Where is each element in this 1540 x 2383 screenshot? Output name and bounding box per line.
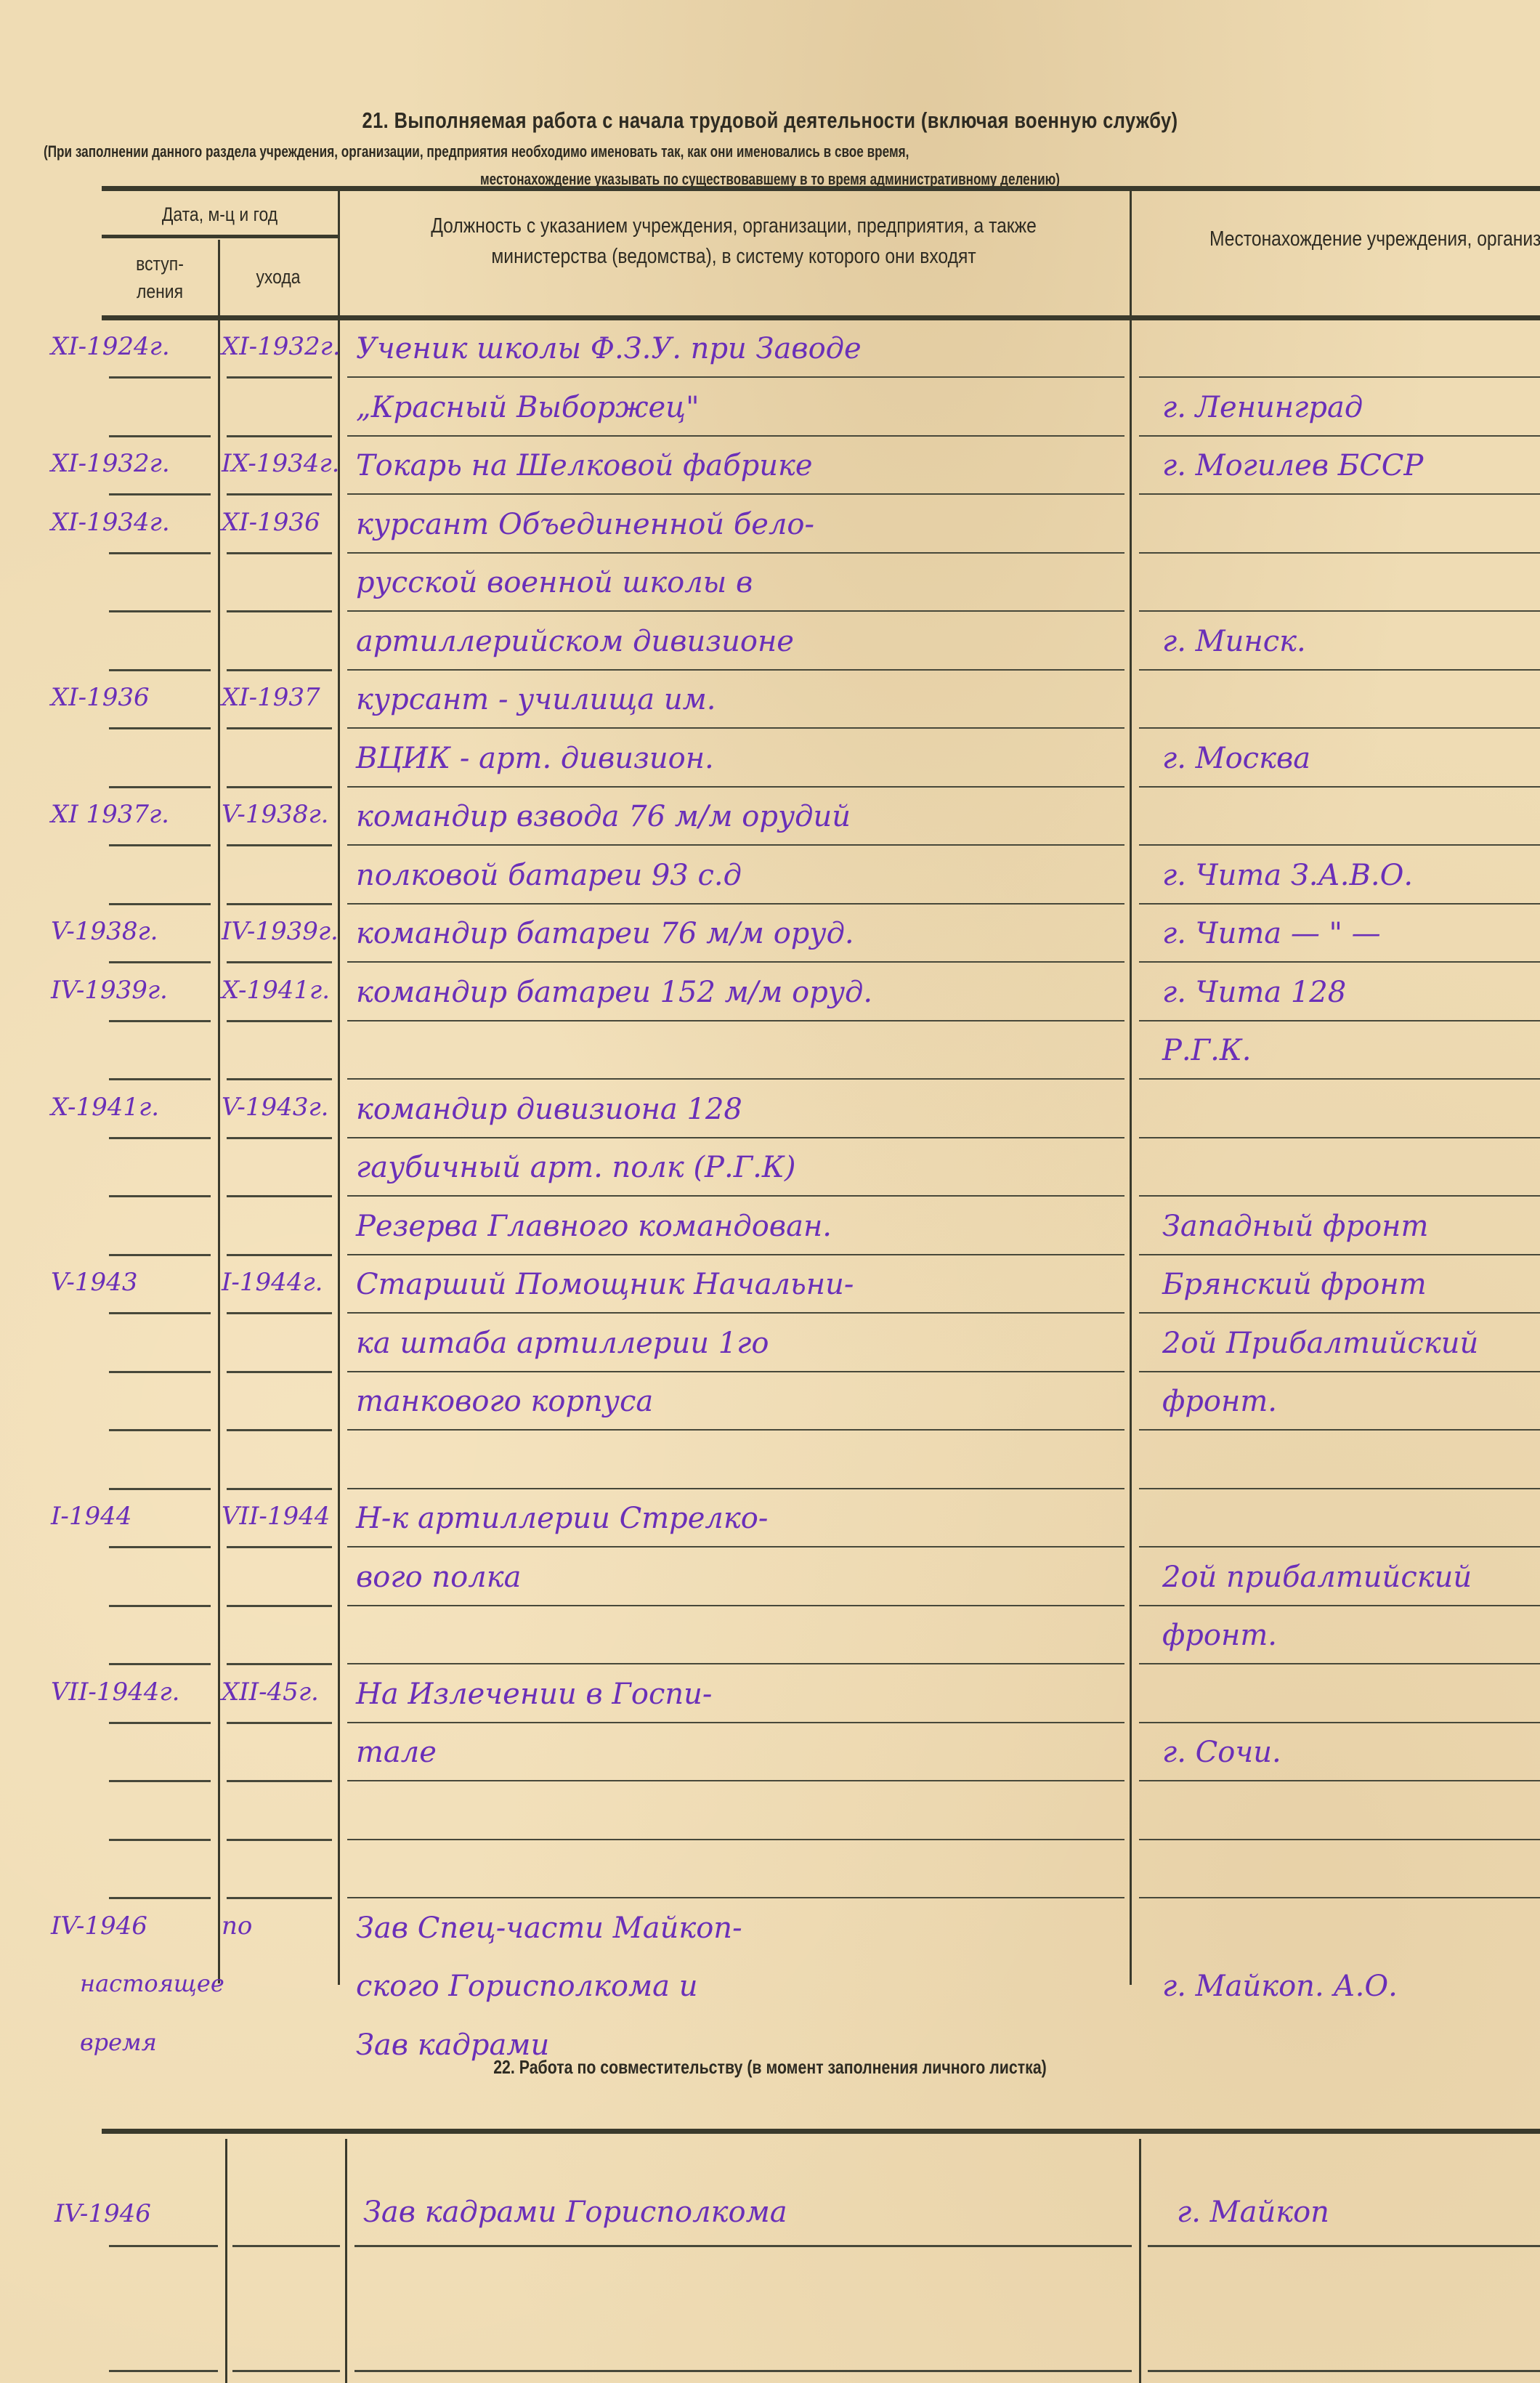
entry-position-line: ВЦИК - арт. дивизион. (356, 744, 714, 773)
entry-location-line: г. Майкоп. А.О. (1162, 1972, 1398, 2001)
entry-location-line: 2ой прибалтийский (1162, 1563, 1472, 1592)
section-22-title: 22. Работа по совместительству (в момент… (139, 2056, 1401, 2079)
ruled-line (347, 1312, 1124, 1314)
entry-location-line: г. Сочи. (1162, 1738, 1281, 1767)
section-22-top-rule (102, 2129, 1540, 2134)
ruled-line (109, 1780, 211, 1782)
ruled-line (109, 1254, 211, 1256)
ruled-line (1139, 376, 1540, 378)
ruled-line (1148, 2245, 1540, 2247)
ruled-line (109, 1312, 211, 1314)
entry-start-date: IV-1939г. (51, 978, 168, 1003)
ruled-line (227, 1371, 332, 1373)
entry-position-line: русской военной школы в (356, 568, 753, 597)
entry-start-date: V-1943 (51, 1270, 137, 1295)
ruled-line (347, 1371, 1124, 1372)
entry-end-date: XII-45г. (222, 1680, 319, 1704)
entry-position-line: Токарь на Шелковой фабрике (356, 451, 813, 480)
entry-position-line: ского Горисполкома и (356, 1972, 698, 2001)
entry-start-date: XI-1934г. (51, 510, 170, 535)
entry-location-line: фронт. (1162, 1387, 1277, 1416)
entry-end-date-cont: время (80, 2031, 157, 2054)
entry-position-line: На Излечении в Госпи- (356, 1680, 712, 1709)
entry-location-line: г. Москва (1162, 744, 1310, 773)
ruled-line (347, 1546, 1124, 1547)
ruled-line (1139, 1663, 1540, 1664)
ruled-line (227, 1195, 332, 1197)
ruled-line (354, 2245, 1132, 2247)
entry-start-date: XI-1932г. (51, 451, 170, 476)
ruled-line (347, 1195, 1124, 1197)
entry-start-date: VII-1944г. (51, 1680, 179, 1704)
ruled-line (1139, 435, 1540, 437)
ruled-line (347, 786, 1124, 788)
ruled-line (227, 1020, 332, 1022)
entry-position-line: командир дивизиона 128 (356, 1095, 742, 1124)
ruled-line (109, 727, 211, 729)
ruled-line (347, 552, 1124, 554)
header-bottom-rule (102, 315, 1540, 320)
ruled-line (109, 2370, 218, 2372)
ruled-line (109, 1722, 211, 1724)
ruled-line (227, 376, 332, 379)
ruled-line (227, 1137, 332, 1139)
ruled-line (1139, 552, 1540, 554)
entry-location-line: фронт. (1162, 1621, 1277, 1650)
ruled-line (1139, 1488, 1540, 1489)
ruled-line (1139, 903, 1540, 905)
ruled-line (227, 552, 332, 554)
ruled-line (109, 669, 211, 671)
ruled-line (347, 376, 1124, 378)
ruled-line (227, 1897, 332, 1899)
ruled-line (227, 669, 332, 671)
ruled-line (347, 903, 1124, 905)
ruled-line (347, 1429, 1124, 1431)
entry-end-date: I-1944г. (222, 1270, 323, 1295)
entry-location-line: г. Могилев БССР (1162, 451, 1423, 480)
ruled-line (1139, 1371, 1540, 1372)
ruled-line (347, 1839, 1124, 1840)
ruled-line (109, 2245, 218, 2247)
ruled-line (1139, 1312, 1540, 1314)
ruled-line (227, 1722, 332, 1724)
ruled-line (1139, 727, 1540, 729)
col-divider-position-location (1130, 190, 1132, 1985)
s22-start-date: IV-1946 (54, 2201, 151, 2226)
ruled-line (227, 1312, 332, 1314)
s22-location: г. Майкоп (1177, 2198, 1329, 2227)
entry-position-line: Ученик школы Ф.З.У. при Заводе (356, 334, 862, 363)
ruled-line (1139, 1722, 1540, 1723)
ruled-line (1148, 2370, 1540, 2372)
entry-position-line: артиллерийском дивизионе (356, 627, 794, 656)
entry-end-date-cont: настоящее (80, 1972, 224, 1995)
header-location: Местонахождение учреждения, организации,… (1209, 218, 1540, 260)
ruled-line (109, 1078, 211, 1080)
ruled-line (1139, 961, 1540, 963)
entry-start-date: IV-1946 (51, 1914, 147, 1938)
ruled-line (109, 844, 211, 846)
ruled-line (109, 786, 211, 788)
ruled-line (1139, 786, 1540, 788)
ruled-line (1139, 1020, 1540, 1021)
entry-location-line: г. Минск. (1162, 627, 1306, 656)
ruled-line (109, 1897, 211, 1899)
entry-end-date: X-1941г. (222, 978, 330, 1003)
entry-position-line: Зав Спец-части Майкоп- (356, 1914, 742, 1943)
ruled-line (1139, 669, 1540, 671)
ruled-line (1139, 1897, 1540, 1898)
ruled-line (347, 1137, 1124, 1138)
entry-location-line: Западный фронт (1162, 1212, 1428, 1241)
entry-end-date: V-1943г. (222, 1095, 328, 1120)
entry-position-line: Старший Помощник Начальни- (356, 1270, 854, 1299)
entry-position-line: вого полка (356, 1563, 521, 1592)
ruled-line (227, 435, 332, 437)
entry-position-line: командир взвода 76 м/м орудий (356, 802, 851, 831)
ruled-line (109, 1546, 211, 1548)
ruled-line (347, 1722, 1124, 1723)
ruled-line (227, 727, 332, 729)
section-21-title: 21. Выполняемая работа с начала трудовой… (139, 108, 1401, 134)
ruled-line (347, 1488, 1124, 1489)
ruled-line (227, 1488, 332, 1490)
ruled-line (347, 1254, 1124, 1255)
ruled-line (109, 493, 211, 495)
ruled-line (227, 610, 332, 612)
ruled-line (1139, 844, 1540, 846)
ruled-line (1139, 493, 1540, 495)
ruled-line (227, 903, 332, 905)
ruled-line (109, 1137, 211, 1139)
entry-end-date: IX-1934г. (222, 451, 339, 476)
ruled-line (227, 1663, 332, 1665)
entry-end-date: XI-1932г. (222, 334, 341, 359)
entry-start-date: V-1938г. (51, 919, 158, 944)
header-top-rule (102, 186, 1540, 191)
ruled-line (109, 1488, 211, 1490)
entry-start-date: X-1941г. (51, 1095, 159, 1120)
entry-start-date: XI-1924г. (51, 334, 170, 359)
ruled-line (227, 844, 332, 846)
ruled-line (227, 961, 332, 963)
ruled-line (347, 1663, 1124, 1664)
ruled-line (347, 844, 1124, 846)
ruled-line (232, 2370, 340, 2372)
ruled-line (227, 493, 332, 495)
ruled-line (109, 610, 211, 612)
entry-location-line: г. Ленинград (1162, 393, 1363, 422)
entry-position-line: Резерва Главного командован. (356, 1212, 832, 1241)
entry-position-line: гаубичный арт. полк (Р.Г.К) (356, 1153, 795, 1182)
entry-location-line: Р.Г.К. (1162, 1036, 1252, 1065)
entry-position-line: полковой батареи 93 с.д (356, 861, 742, 890)
ruled-line (347, 610, 1124, 612)
ruled-line (347, 1078, 1124, 1080)
entry-position-line: Зав кадрами (356, 2031, 549, 2060)
entry-start-date: XI 1937г. (51, 802, 169, 827)
ruled-line (1139, 1078, 1540, 1080)
entry-position-line: тале (356, 1738, 437, 1767)
ruled-line (347, 435, 1124, 437)
ruled-line (354, 2370, 1132, 2372)
ruled-line (347, 669, 1124, 671)
ruled-line (347, 493, 1124, 495)
ruled-line (109, 1429, 211, 1431)
entry-end-date: по (222, 1914, 252, 1938)
header-position: Должность с указанием учреждения, органи… (413, 211, 1055, 272)
ruled-line (109, 1195, 211, 1197)
ruled-line (227, 786, 332, 788)
ruled-line (109, 1839, 211, 1841)
ruled-line (1139, 1839, 1540, 1840)
entry-end-date: V-1938г. (222, 802, 328, 827)
ruled-line (227, 1605, 332, 1607)
ruled-line (347, 1897, 1124, 1898)
section-21-note-line1: (При заполнении данного раздела учрежден… (44, 142, 909, 161)
ruled-line (109, 961, 211, 963)
entry-location-line: г. Чита — " — (1162, 919, 1381, 948)
ruled-line (1139, 1254, 1540, 1255)
entry-end-date: IV-1939г. (222, 919, 339, 944)
ruled-line (109, 1663, 211, 1665)
ruled-line (227, 1078, 332, 1080)
entry-end-date: XI-1936 (222, 510, 320, 535)
entry-start-date: XI-1936 (51, 685, 150, 710)
entry-position-line: курсант - училища им. (356, 685, 716, 714)
entry-location-line: г. Чита З.А.В.О. (1162, 861, 1413, 890)
ruled-line (347, 727, 1124, 729)
entry-end-date: VII-1944 (222, 1504, 330, 1529)
s22-col-divider-start-end (225, 2139, 227, 2383)
ruled-line (227, 1254, 332, 1256)
entry-position-line: танкового корпуса (356, 1387, 653, 1416)
s22-col-divider-position-location (1139, 2139, 1141, 2383)
ruled-line (109, 435, 211, 437)
ruled-line (1139, 1195, 1540, 1197)
entry-position-line: курсант Объединенной бело- (356, 510, 814, 539)
ruled-line (1139, 1137, 1540, 1138)
ruled-line (347, 1780, 1124, 1781)
s22-position: Зав кадрами Горисполкома (363, 2198, 787, 2227)
ruled-line (1139, 1546, 1540, 1547)
entry-location-line: Брянский фронт (1162, 1270, 1427, 1299)
ruled-line (227, 1780, 332, 1782)
col-divider-start-end (218, 240, 220, 1983)
entry-position-line: командир батареи 152 м/м оруд. (356, 978, 872, 1007)
ruled-line (109, 903, 211, 905)
header-start: вступ- ления (110, 250, 209, 305)
ruled-line (227, 1546, 332, 1548)
ruled-line (1139, 610, 1540, 612)
ruled-line (109, 1020, 211, 1022)
entry-position-line: командир батареи 76 м/м оруд. (356, 919, 854, 948)
entry-position-line: ка штаба артиллерии 1го (356, 1329, 769, 1358)
ruled-line (1139, 1605, 1540, 1606)
entry-location-line: г. Чита 128 (1162, 978, 1346, 1007)
header-end: ухода (229, 263, 328, 291)
date-group-rule (102, 235, 338, 238)
ruled-line (232, 2245, 340, 2247)
ruled-line (227, 1839, 332, 1841)
ruled-line (347, 1605, 1124, 1606)
header-date-group: Дата, м-ц и год (119, 201, 320, 228)
ruled-line (1139, 1780, 1540, 1781)
ruled-line (347, 961, 1124, 963)
ruled-line (109, 1605, 211, 1607)
ruled-line (1139, 1429, 1540, 1431)
ruled-line (109, 1371, 211, 1373)
entry-position-line: Н-к артиллерии Стрелко- (356, 1504, 768, 1533)
entry-start-date: I-1944 (51, 1504, 131, 1529)
ruled-line (227, 1429, 332, 1431)
s22-col-divider-date-position (345, 2139, 347, 2383)
entry-location-line: 2ой Прибалтийский (1162, 1329, 1478, 1358)
ruled-line (109, 552, 211, 554)
ruled-line (109, 376, 211, 379)
entry-position-line: „Красный Выборжец" (356, 393, 699, 422)
ruled-line (347, 1020, 1124, 1021)
entry-end-date: XI-1937 (222, 685, 320, 710)
